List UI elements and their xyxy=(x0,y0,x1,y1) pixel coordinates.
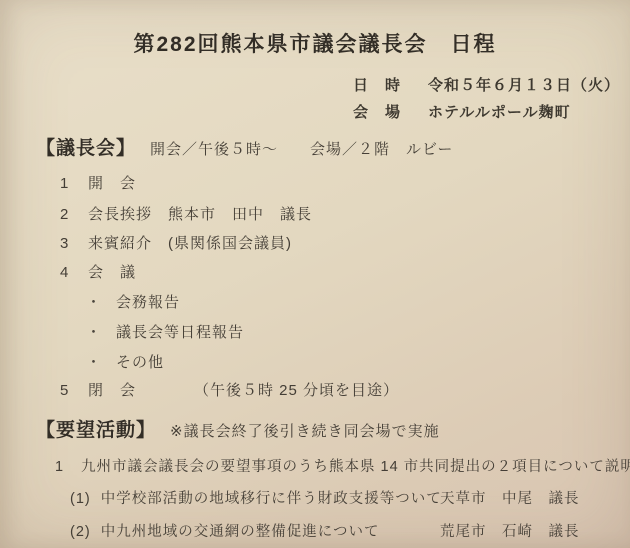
request-lead-item: 1 九州市議会議長会の要望事項のうち熊本県 14 市共同提出の２項目について説明 xyxy=(55,455,630,476)
agenda-item-text: 会長挨拶 熊本市 田中 議長 xyxy=(88,203,312,224)
request-item-number: (2) xyxy=(70,524,91,540)
meta-datetime: 日 時 令和５年６月１３日（火） xyxy=(353,74,620,95)
request-lead-number: 1 xyxy=(55,459,67,475)
agenda-item-closing: 5 閉 会 （午後５時 25 分頃を目途） xyxy=(60,379,399,400)
bullet-icon: ・ xyxy=(86,291,102,312)
conference-bullet-report: ・ 会務報告 xyxy=(86,291,180,312)
page-title: 第282回熊本県市議会議長会 日程 xyxy=(0,28,630,58)
bullet-icon: ・ xyxy=(86,321,102,342)
agenda-item-text: 閉 会 xyxy=(88,379,136,400)
agenda-item-text: 会 議 xyxy=(88,261,136,282)
request-item-speaker: 荒尾市 石崎 議長 xyxy=(440,520,580,541)
meta-venue: 会 場 ホテルルポール麹町 xyxy=(353,101,571,122)
agenda-item-greeting: 2 会長挨拶 熊本市 田中 議長 xyxy=(60,203,312,224)
chairmen-heading-label: 【議長会】 xyxy=(36,133,136,160)
bullet-text: 会務報告 xyxy=(116,291,180,312)
chairmen-heading-note: 開会／午後５時～ 会場／２階 ルビー xyxy=(150,138,453,159)
request-item-number: (1) xyxy=(70,491,91,507)
request-item-school-clubs: (1) 中学校部活動の地域移行に伴う財政支援等ついて xyxy=(70,487,442,508)
venue-value: ホテルルポール麹町 xyxy=(428,101,571,122)
bullet-text: 議長会等日程報告 xyxy=(116,321,244,342)
section-chairmen-heading: 【議長会】 開会／午後５時～ 会場／２階 ルビー xyxy=(36,133,453,160)
venue-label: 会 場 xyxy=(353,101,428,122)
request-heading-label: 【要望活動】 xyxy=(36,415,156,442)
bullet-text: その他 xyxy=(116,351,164,372)
section-request-heading: 【要望活動】 ※議長会終了後引き続き同会場で実施 xyxy=(36,415,440,442)
agenda-item-opening: 1 開 会 xyxy=(60,172,136,193)
request-item-text: 中学校部活動の地域移行に伴う財政支援等ついて xyxy=(101,487,442,508)
datetime-label: 日 時 xyxy=(353,74,428,95)
request-item-speaker: 天草市 中尾 議長 xyxy=(440,487,580,508)
agenda-item-number: 1 xyxy=(60,175,72,192)
request-item-transport-network: (2) 中九州地域の交通網の整備促進について xyxy=(70,520,379,541)
agenda-item-guests: 3 来賓紹介 (県関係国会議員) xyxy=(60,232,292,253)
agenda-item-conference: 4 会 議 xyxy=(60,261,136,282)
agenda-item-text: 開 会 xyxy=(88,172,136,193)
agenda-item-text: 来賓紹介 (県関係国会議員) xyxy=(88,232,292,253)
request-lead-text: 九州市議会議長会の要望事項のうち熊本県 14 市共同提出の２項目について説明 xyxy=(81,455,630,476)
agenda-document: 第282回熊本県市議会議長会 日程 日 時 令和５年６月１３日（火） 会 場 ホ… xyxy=(0,0,630,548)
conference-bullet-other: ・ その他 xyxy=(86,351,164,372)
request-heading-note: ※議長会終了後引き続き同会場で実施 xyxy=(170,420,440,441)
datetime-value: 令和５年６月１３日（火） xyxy=(428,74,620,95)
agenda-item-number: 2 xyxy=(60,206,72,223)
agenda-item-number: 3 xyxy=(60,235,72,252)
conference-bullet-schedule: ・ 議長会等日程報告 xyxy=(86,321,244,342)
request-item-text: 中九州地域の交通網の整備促進について xyxy=(101,520,380,541)
bullet-icon: ・ xyxy=(86,351,102,372)
agenda-item-number: 5 xyxy=(60,382,72,399)
agenda-item-number: 4 xyxy=(60,264,72,281)
closing-time-note: （午後５時 25 分頃を目途） xyxy=(194,379,399,400)
